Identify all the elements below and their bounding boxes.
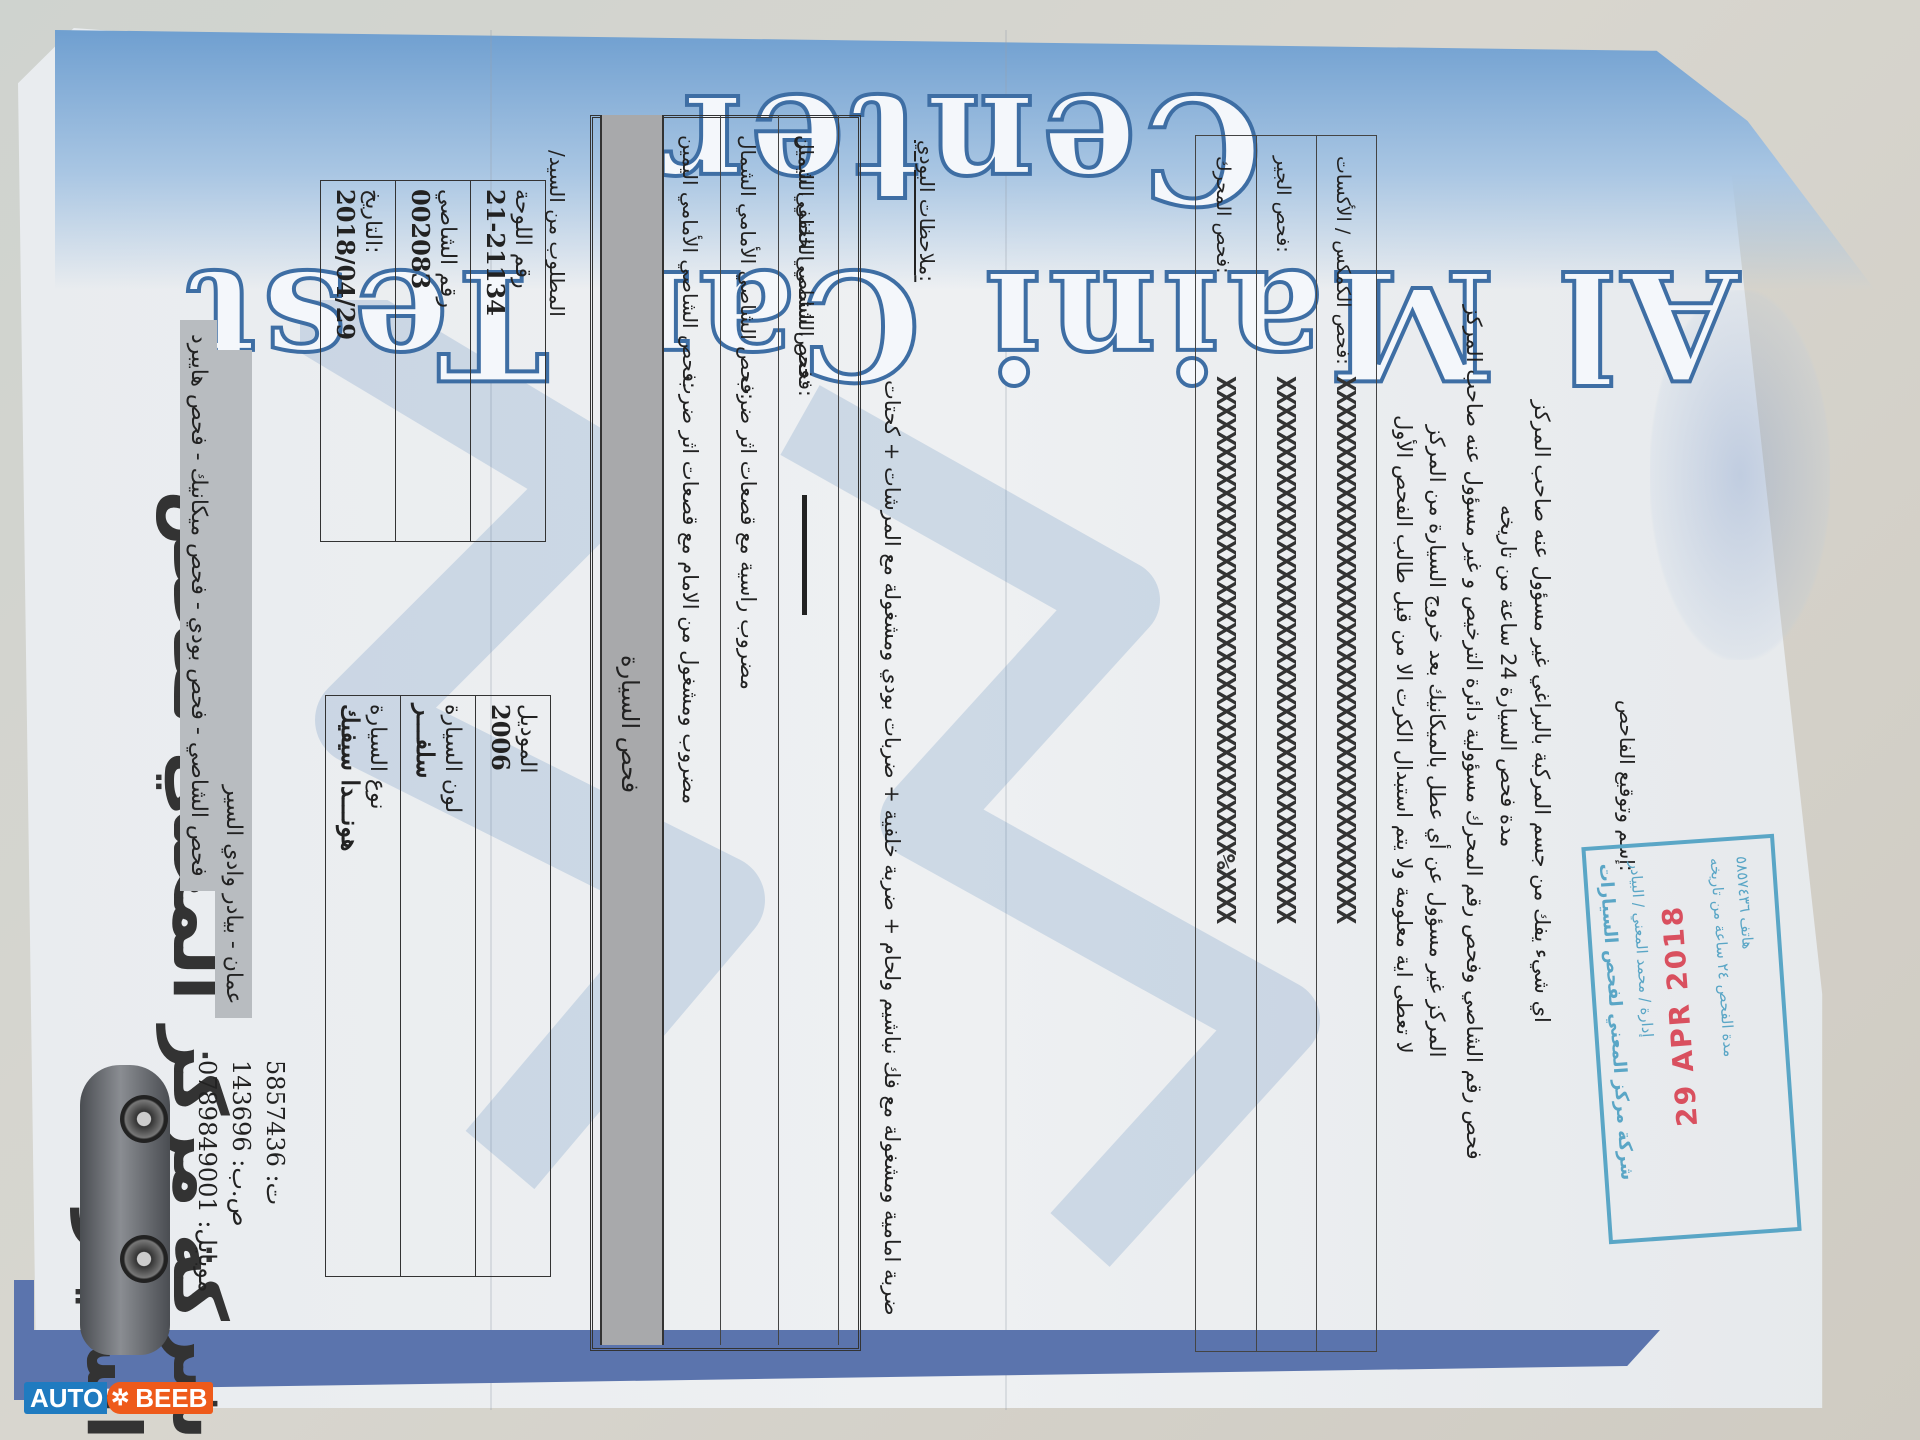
body-notes-value: ضربة امامية ومشغولة مع فك نباشيم ولحام +…: [880, 380, 904, 1316]
mechanical-table: فحص المحرك: XXXXXXXXXXXXXXXXXXXXXXXXXXXX…: [1195, 135, 1377, 1352]
disclaimer-4: مدة فحص السيارة 24 ساعة من تاريخه: [1496, 505, 1520, 847]
info-chassis-cell: رقم الشاصي 002083: [396, 181, 471, 542]
stamp-date: 29 APR 2018: [1656, 904, 1704, 1128]
inspection-row: فحص الشاصي الأمامي الشمال: مضروب راسية م…: [720, 115, 779, 1345]
car-table: نوع السيارة هونـــدا سيفيك لون السيارة س…: [325, 695, 551, 1277]
disclaimer-1: لا تعطى اية معلومة ولا يتم استبدال الكرت…: [1392, 415, 1416, 1054]
company-stamp: شركة مركز المعني لفحص السيارات إدارة / م…: [1581, 834, 1801, 1244]
inspection-row: فحص الشاصي الخلفي الشمال:: [838, 115, 854, 1345]
car-model-cell: الموديل 2006: [476, 696, 551, 1277]
disclaimer-3: فحص رقم الشاصي وفحص رقم المحرك مسؤولية د…: [1462, 305, 1486, 1160]
po-box: ص.ب: 143696: [224, 1060, 258, 1293]
dash-mark: [804, 495, 807, 615]
info-date-cell: التاريخ: 2018/04/29: [321, 181, 396, 542]
inspection-heading: فحص السيارة: [600, 115, 664, 1345]
disclaimer-2: المركز غير مسؤول عن أي عطل بالميكانيك بع…: [1425, 425, 1449, 1057]
car-color-cell: لون السيارة سلفـــر: [401, 696, 476, 1277]
gear-row: فحص الجير: XXXXXXXXXXXXXXXXXXXXXXXXXXXXX…: [1256, 136, 1317, 1351]
car-type-cell: نوع السيارة هونـــدا سيفيك: [326, 696, 401, 1277]
autobeeb-logo: AUTO ✲ BEEB: [24, 1382, 213, 1414]
phone: ت: 5857436: [258, 1060, 292, 1293]
requester-label: المطلوب من السيد/: [545, 150, 569, 317]
disclaimer-5: اي شيء يفك من جسم المركبة بالبراغي غير م…: [1530, 400, 1554, 1023]
car-photo-icon: [80, 1065, 170, 1355]
engine-row: فحص المحرك: XXXXXXXXXXXXXXXXXXXXXXXXXXXX…: [1196, 136, 1257, 1351]
info-plate-cell: رقم اللوحة 21-21134: [471, 181, 546, 542]
axles-row: فحص الكمكس / الأكسات: XXXXXXXXXXXXXXXXXX…: [1316, 136, 1376, 1351]
body-notes-label: ملاحظات البودي:: [915, 140, 939, 282]
inspection-row: فحص الشاصي الأمامي اليمين: مضروب ومشغول …: [660, 115, 721, 1345]
address-line: عمان - بيادر وادي السير: [215, 350, 252, 1018]
mobile: موبايل: 0789849001: [190, 1060, 224, 1293]
services-line: فحص الشاصي - فحص بودي - فحص ميكانيك - فح…: [180, 320, 217, 891]
contact-info: ت: 5857436 ص.ب: 143696 موبايل: 078984900…: [190, 1060, 292, 1293]
info-table: التاريخ: 2018/04/29 رقم الشاصي 002083 رق…: [320, 180, 546, 542]
gear-icon: ✲: [107, 1382, 133, 1414]
